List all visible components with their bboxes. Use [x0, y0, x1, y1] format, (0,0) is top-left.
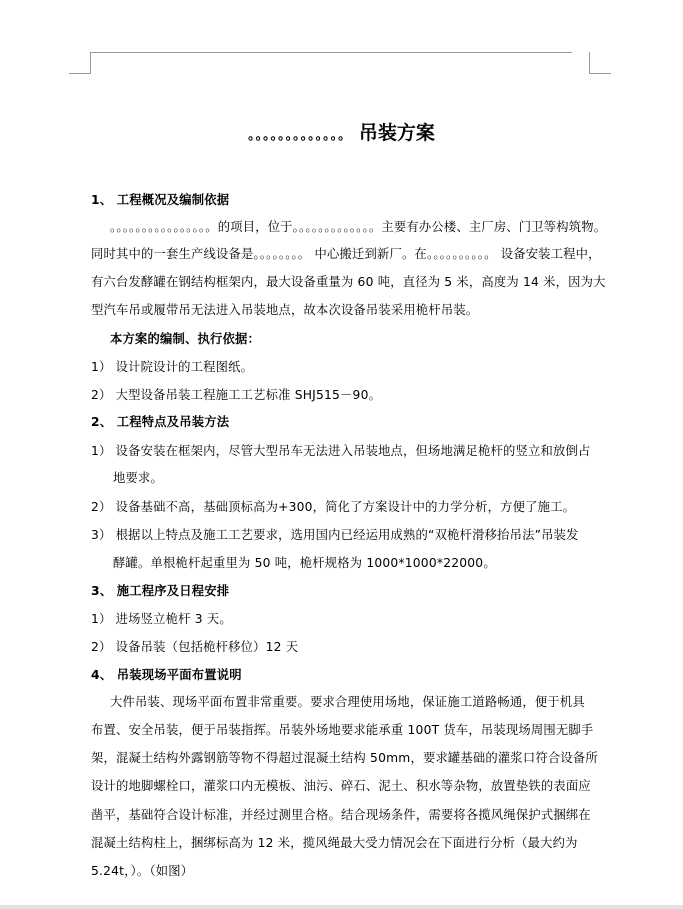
list-item: 1） 设计院设计的工程图纸。: [91, 359, 591, 375]
paragraph-line: 有六台发酵罐在钢结构框架内，最大设备重量为 60 吨，直径为 5 米，高度为 1…: [91, 274, 591, 290]
title-placeholder-dots: 。。。。。。。。。。。。。: [248, 128, 352, 143]
margin-mark-left-horizontal: [69, 73, 91, 74]
section-heading-4: 4、 吊装现场平面布置说明: [91, 667, 591, 683]
margin-mark-right-horizontal: [589, 73, 611, 74]
page-gap: [0, 905, 683, 909]
title-text: 吊装方案: [359, 122, 435, 144]
subheading-basis: 本方案的编制、执行依据：: [110, 331, 610, 347]
list-item: 2） 设备基础不高，基础顶标高为+300，简化了方案设计中的力学分析，方便了施工…: [91, 499, 591, 515]
list-item: 2） 大型设备吊装工程施工工艺标准 SHJ515－90。: [91, 387, 591, 403]
document-title: 。。。。。。。。。。。。。 吊装方案: [0, 118, 683, 145]
list-item: 1） 进场竖立桅杆 3 天。: [91, 611, 591, 627]
list-item: 3） 根据以上特点及施工工艺要求，选用国内已经运用成熟的“双桅杆滑移抬吊法”吊装…: [91, 527, 591, 543]
list-item: 2） 设备吊装（包括桅杆移位）12 天: [91, 639, 591, 655]
paragraph-line: 型汽车吊或履带吊无法进入吊装地点，故本次设备吊装采用桅杆吊装。: [91, 302, 591, 318]
paragraph-line: 凿平，基础符合设计标准，并经过测里合格。结合现场条件，需要将各揽风绳保护式捆绑在: [91, 807, 591, 823]
paragraph-line: 架，混凝土结构外露钢筋等物不得超过混凝土结构 50mm，要求罐基础的灌浆口符合设…: [91, 750, 591, 766]
paragraph-line: 5.24t，）。（如图）: [91, 863, 591, 879]
list-item-continuation: 酵罐。单根桅杆起重里为 50 吨，桅杆规格为 1000*1000*22000。: [113, 555, 613, 571]
list-item-continuation: 地要求。: [113, 470, 613, 486]
paragraph-line: 大件吊装、现场平面布置非常重要。要求合理使用场地，保证施工道路畅通，便于机具: [110, 694, 592, 710]
paragraph-line: 设计的地脚螺栓口，灌浆口内无模板、油污、碎石、泥土、积水等杂物，放置垫铁的表面应: [91, 778, 591, 794]
document-page: 。。。。。。。。。。。。。 吊装方案 1、 工程概况及编制依据 。。。。。。。。…: [0, 0, 683, 905]
section-heading-2: 2、 工程特点及吊装方法: [91, 414, 591, 430]
margin-mark-left-vertical: [90, 52, 91, 73]
paragraph-line: 。。。。。。。。。。。。。。。。的项目，位于。。。。。。。。。。。。。主要有办公…: [110, 219, 592, 235]
paragraph-line: 混凝土结构柱上，捆绑标高为 12 米，揽风绳最大受力情况会在下面进行分析（最大约…: [91, 835, 591, 851]
paragraph-line: 布置、安全吊装，便于吊装指挥。吊装外场地要求能承重 100T 货车，吊装现场周围…: [91, 722, 591, 738]
margin-mark-right-vertical: [589, 52, 590, 73]
margin-mark-top: [90, 52, 572, 53]
list-item: 1） 设备安装在框架内，尽管大型吊车无法进入吊装地点，但场地满足桅杆的竖立和放倒…: [91, 443, 591, 459]
section-heading-3: 3、 施工程序及日程安排: [91, 583, 591, 599]
section-heading-1: 1、 工程概况及编制依据: [91, 192, 591, 208]
paragraph-line: 同时其中的一套生产线设备是。。。。。。。。 中心搬迁到新厂。在。。。。。。。。。…: [91, 246, 591, 262]
